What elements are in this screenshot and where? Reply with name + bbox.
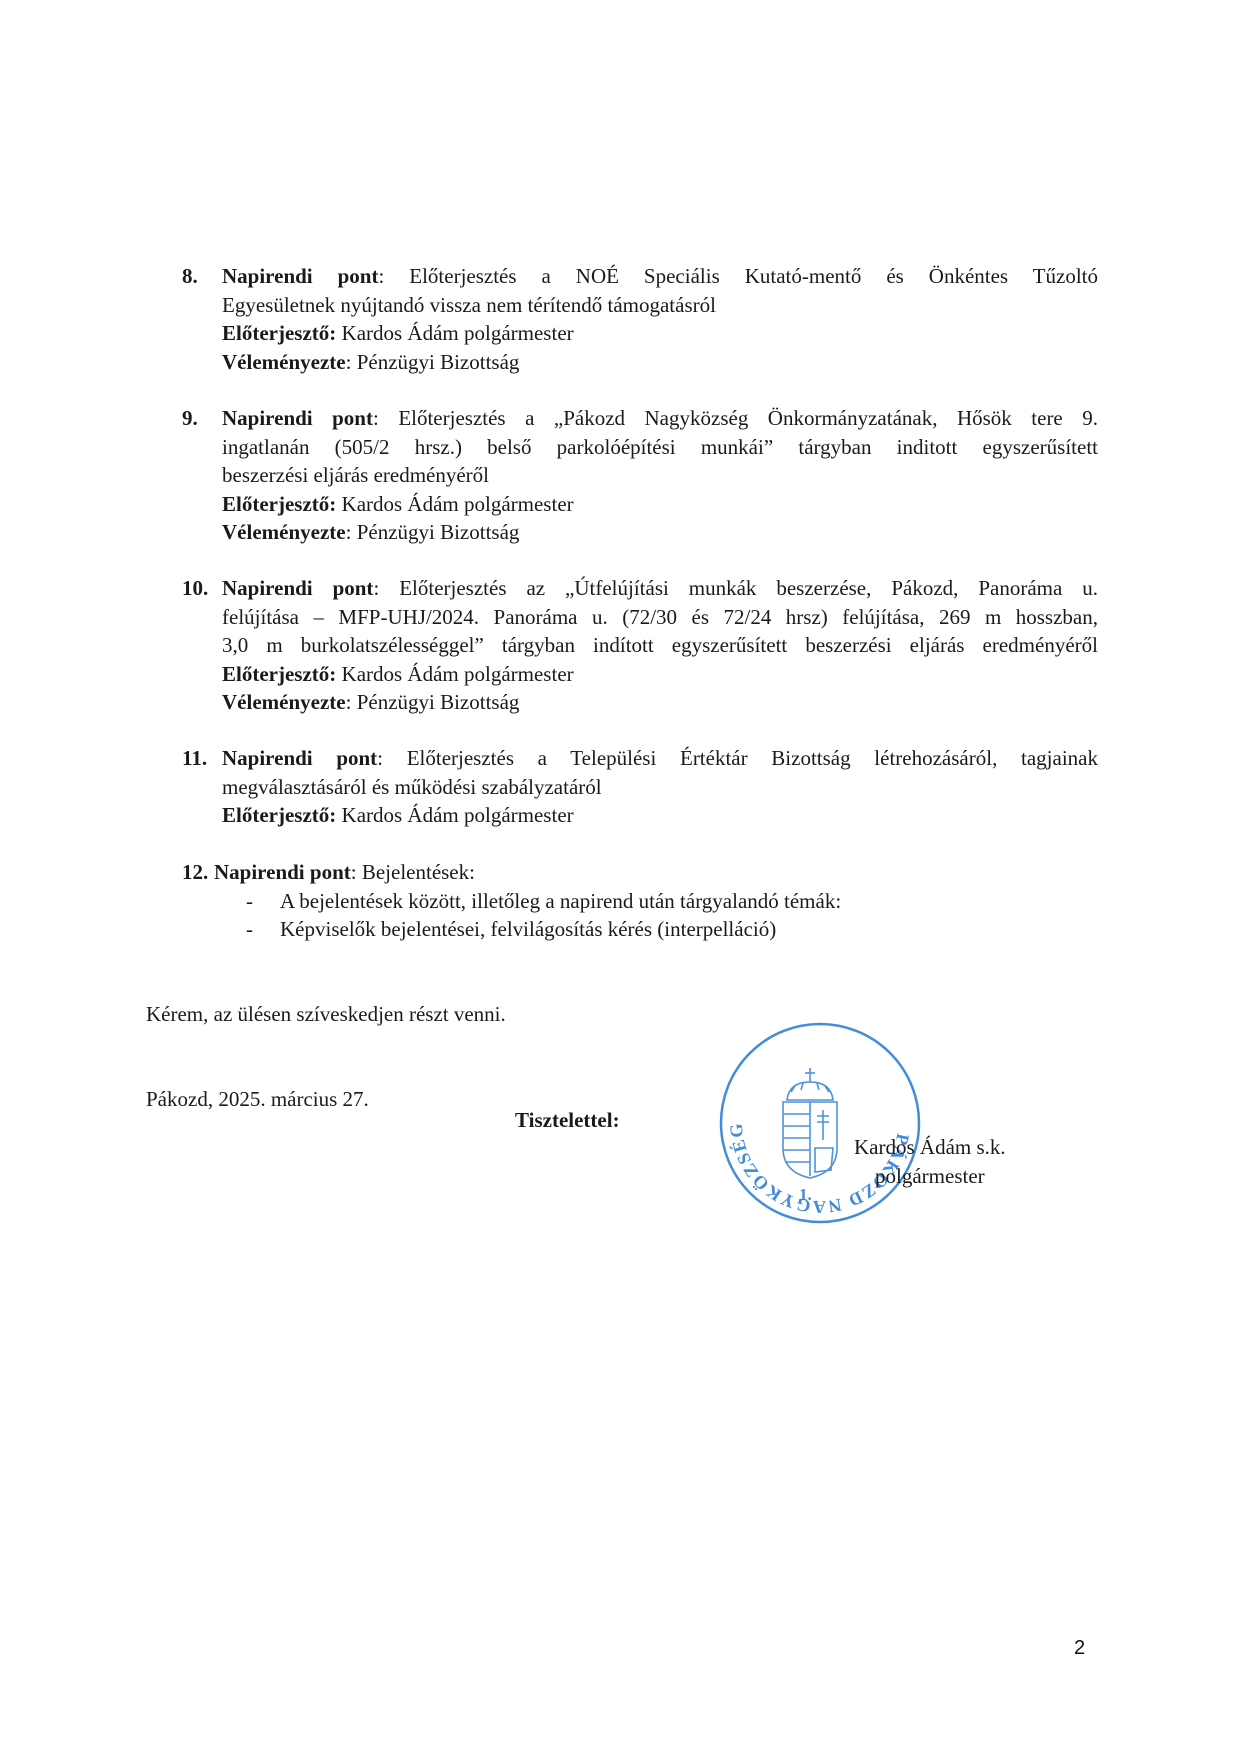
announcement-list: -A bejelentések között, illetőleg a napi… [182, 887, 1098, 944]
agenda-title-line: Egyesületnek nyújtandó vissza nem téríte… [222, 291, 1098, 320]
document-page: 8. Napirendi pont: Előterjesztés a NOÉ S… [0, 0, 1240, 1754]
stamp-seal-icon: PÁKOZD NAGYKÖZSÉG ÖNKORMÁNYZATA 1. [717, 1020, 923, 1226]
greeting: Tisztelettel: [515, 1108, 620, 1133]
agenda-number: 10. [182, 574, 208, 603]
agenda-title-line: felújítása – MFP-UHJ/2024. Panoráma u. (… [222, 603, 1098, 632]
agenda-title-line: ingatlanán (505/2 hrsz.) belső parkolóép… [222, 433, 1098, 462]
svg-text:1.: 1. [799, 1185, 812, 1204]
reviewer-name: Pénzügyi Bizottság [357, 350, 520, 374]
agenda-label: Napirendi pont [222, 406, 373, 430]
presenter-name: Kardos Ádám polgármester [342, 492, 574, 516]
agenda-number: 9. [182, 404, 198, 433]
agenda-number: 8. [182, 262, 198, 291]
reviewer-label: Véleményezte [222, 690, 346, 714]
agenda-item-10: 10. Napirendi pont: Előterjesztés az „Út… [182, 574, 1098, 717]
presenter-label: Előterjesztő: [222, 662, 336, 686]
agenda-title-line: Előterjesztés a Települési Értéktár Bizo… [407, 746, 1098, 770]
page-number: 2 [1074, 1637, 1085, 1660]
agenda-number: 12. [182, 858, 208, 887]
agenda-label: Napirendi pont [222, 746, 377, 770]
list-item: -Képviselők bejelentései, felvilágosítás… [182, 915, 1098, 944]
dash-bullet-icon: - [246, 887, 253, 916]
agenda-label: Napirendi pont [222, 264, 378, 288]
reviewer-name: Pénzügyi Bizottság [357, 520, 520, 544]
closing-request: Kérem, az ülésen szíveskedjen részt venn… [146, 1000, 506, 1028]
agenda-title-line: Előterjesztés a „Pákozd Nagyközség Önkor… [398, 406, 1098, 430]
presenter-name: Kardos Ádám polgármester [342, 321, 574, 345]
reviewer-label: Véleményezte [222, 350, 346, 374]
agenda-item-12: 12. Napirendi pont: Bejelentések: -A bej… [182, 858, 1098, 944]
list-item: -A bejelentések között, illetőleg a napi… [182, 887, 1098, 916]
agenda-title: Bejelentések: [362, 860, 475, 884]
agenda-title-line: Előterjesztés a NOÉ Speciális Kutató-men… [409, 264, 1098, 288]
agenda-title-line: Előterjesztés az „Útfelújítási munkák be… [399, 576, 1098, 600]
signer-name: Kardos Ádám s.k. [854, 1133, 1006, 1162]
reviewer-name: Pénzügyi Bizottság [357, 690, 520, 714]
presenter-label: Előterjesztő: [222, 803, 336, 827]
agenda-title-line: 3,0 m burkolatszélességgel” tárgyban ind… [222, 631, 1098, 660]
agenda-item-9: 9. Napirendi pont: Előterjesztés a „Páko… [182, 404, 1098, 547]
agenda-item-8: 8. Napirendi pont: Előterjesztés a NOÉ S… [182, 262, 1098, 376]
presenter-label: Előterjesztő: [222, 321, 336, 345]
agenda-label: Napirendi pont [222, 576, 373, 600]
agenda-title-line: megválasztásáról és működési szabályzatá… [222, 773, 1098, 802]
place-date: Pákozd, 2025. március 27. [146, 1085, 369, 1113]
hungarian-coat-of-arms-icon [783, 1068, 837, 1178]
signature-block: Kardos Ádám s.k. polgármester [854, 1133, 1006, 1191]
agenda-label: Napirendi pont [214, 860, 351, 884]
agenda-item-11: 11. Napirendi pont: Előterjesztés a Tele… [182, 744, 1098, 830]
agenda-number: 11. [182, 744, 207, 773]
reviewer-label: Véleményezte [222, 520, 346, 544]
signer-title: polgármester [854, 1162, 1006, 1191]
dash-bullet-icon: - [246, 915, 253, 944]
presenter-label: Előterjesztő: [222, 492, 336, 516]
presenter-name: Kardos Ádám polgármester [342, 803, 574, 827]
agenda-title-line: beszerzési eljárás eredményéről [222, 461, 1098, 490]
presenter-name: Kardos Ádám polgármester [342, 662, 574, 686]
official-stamp: PÁKOZD NAGYKÖZSÉG ÖNKORMÁNYZATA 1. [717, 1020, 923, 1226]
